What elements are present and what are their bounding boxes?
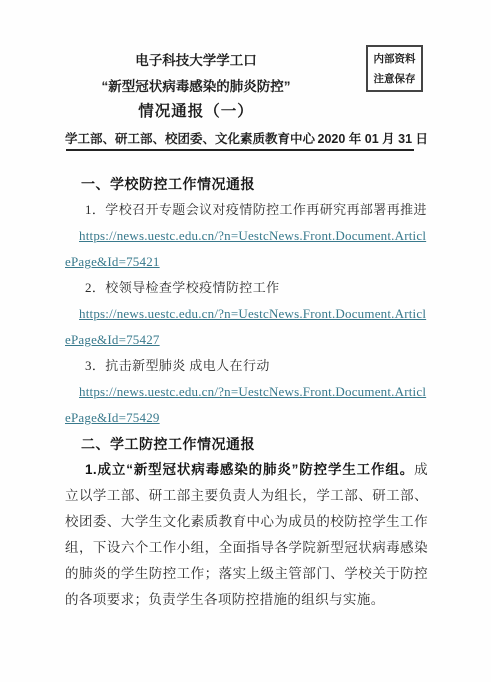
document-header: 电子科技大学学工口 “新型冠状病毒感染的肺炎防控” 情况通报（一） [58, 52, 334, 121]
doc-subtitle: “新型冠状病毒感染的肺炎防控” [58, 78, 334, 95]
section-2-heading: 二、学工防控工作情况通报 [65, 431, 428, 457]
paragraph-bold-lead: 1.成立“新型冠状病毒感染的肺炎”防控学生工作组。 [85, 462, 414, 477]
news-item-3-link[interactable]: https://news.uestc.edu.cn/?n=UestcNews.F… [65, 379, 428, 431]
news-item-3-title: 3．抗击新型肺炎 成电人在行动 [65, 353, 428, 379]
date-label: 2020 年 01 月 31 日 [318, 129, 428, 147]
news-item-1-title: 1．学校召开专题会议对疫情防控工作再研究再部署再推进 [65, 197, 428, 223]
news-item-2-title: 2．校领导检查学校疫情防控工作 [65, 275, 428, 301]
document-body: 一、学校防控工作情况通报 1．学校召开专题会议对疫情防控工作再研究再部署再推进 … [65, 171, 428, 613]
document-page: 内部资料 注意保存 电子科技大学学工口 “新型冠状病毒感染的肺炎防控” 情况通报… [0, 0, 491, 682]
byline-row: 学工部、研工部、校团委、文化素质教育中心 2020 年 01 月 31 日 [65, 129, 428, 147]
news-item-1-link[interactable]: https://news.uestc.edu.cn/?n=UestcNews.F… [65, 223, 428, 275]
doc-title: 情况通报（一） [58, 102, 334, 121]
org-title: 电子科技大学学工口 [58, 52, 334, 69]
confidential-stamp-box: 内部资料 注意保存 [366, 45, 423, 92]
departments-label: 学工部、研工部、校团委、文化素质教育中心 [65, 129, 315, 147]
section-1-heading: 一、学校防控工作情况通报 [65, 171, 428, 197]
stamp-line-2: 注意保存 [374, 71, 416, 86]
header-divider [66, 149, 414, 151]
section-2-paragraph: 1.成立“新型冠状病毒感染的肺炎”防控学生工作组。成立以学工部、研工部主要负责人… [65, 457, 428, 613]
stamp-line-1: 内部资料 [374, 51, 416, 66]
paragraph-body-text: 成立以学工部、研工部主要负责人为组长，学工部、研工部、校团委、大学生文化素质教育… [65, 462, 428, 607]
news-item-2-link[interactable]: https://news.uestc.edu.cn/?n=UestcNews.F… [65, 301, 428, 353]
